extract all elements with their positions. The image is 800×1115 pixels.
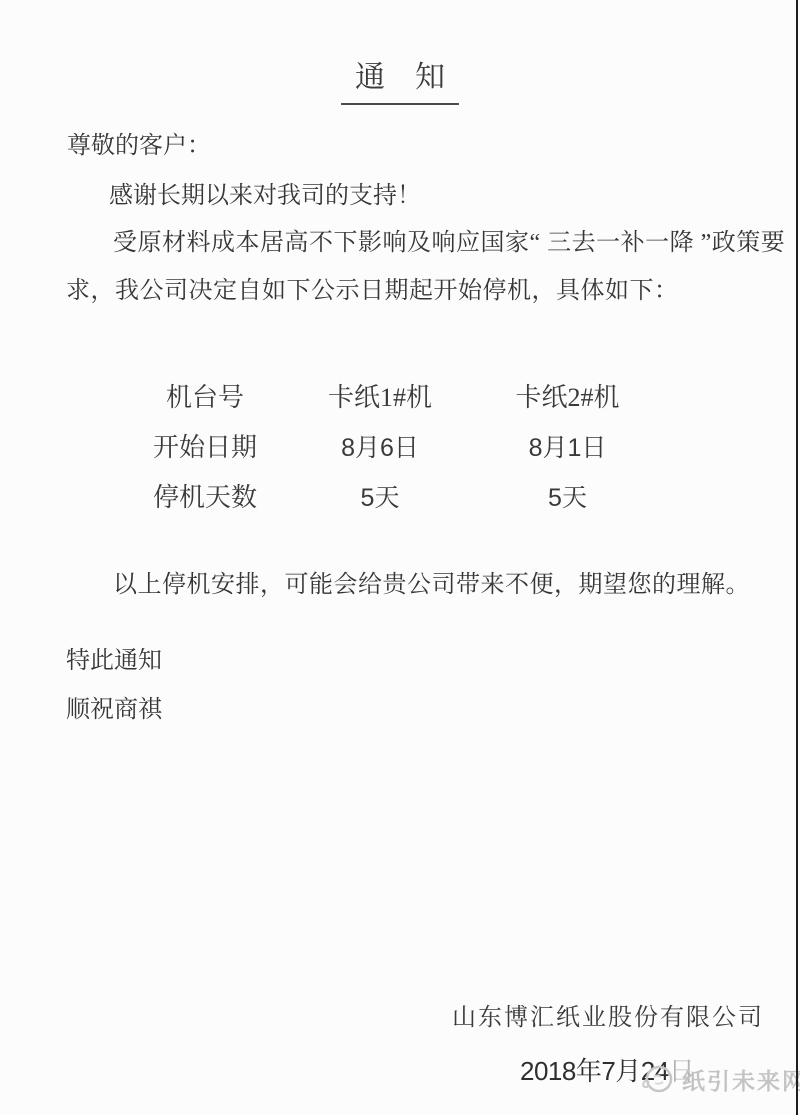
table-value-start-date-1: 8月6日: [290, 433, 470, 483]
notice-document-page: 通 知 尊敬的客户： 感谢长期以来对我司的支持！ 受原材料成本居高不下影响及响应…: [0, 0, 800, 1115]
table-header-machine: 机台号: [120, 383, 290, 433]
table-label-days: 停机天数: [120, 483, 290, 533]
closing-remark: 以上停机安排，可能会给贵公司带来不便，期望您的理解。: [113, 571, 750, 599]
table-value-days-2: 5天: [470, 483, 665, 533]
table-label-start-date: 开始日期: [120, 433, 290, 483]
regards-line: 顺祝商祺: [66, 696, 162, 724]
document-title: 通 知: [341, 52, 459, 105]
paragraph-reason-line2: 求，我公司决定自如下公示日期起开始停机，具体如下：: [66, 277, 679, 305]
table-header-machine-2: 卡纸2#机: [470, 383, 665, 433]
table-header-machine-1: 卡纸1#机: [290, 383, 470, 433]
company-signature: 山东博汇纸业股份有限公司: [452, 997, 764, 1032]
paragraph-thanks: 感谢长期以来对我司的支持！: [109, 182, 421, 210]
shutdown-schedule-table: 机台号 卡纸1#机 卡纸2#机 开始日期 8月6日 8月1日 停机天数 5天 5…: [120, 383, 665, 533]
watermark: 纸引未来网: [640, 1062, 800, 1096]
table-value-days-1: 5天: [290, 483, 470, 533]
table-value-start-date-2: 8月1日: [470, 433, 665, 483]
paragraph-reason-line1: 受原材料成本居高不下影响及响应国家“ 三去一补一降 ”政策要: [113, 229, 785, 257]
scan-edge-line: [796, 0, 798, 1115]
notice-line: 特此通知: [66, 647, 162, 675]
document-title-row: 通 知: [0, 52, 800, 105]
salutation: 尊敬的客户：: [67, 132, 211, 160]
watermark-logo-icon: [640, 1062, 674, 1096]
watermark-text: 纸引未来网: [682, 1063, 800, 1096]
